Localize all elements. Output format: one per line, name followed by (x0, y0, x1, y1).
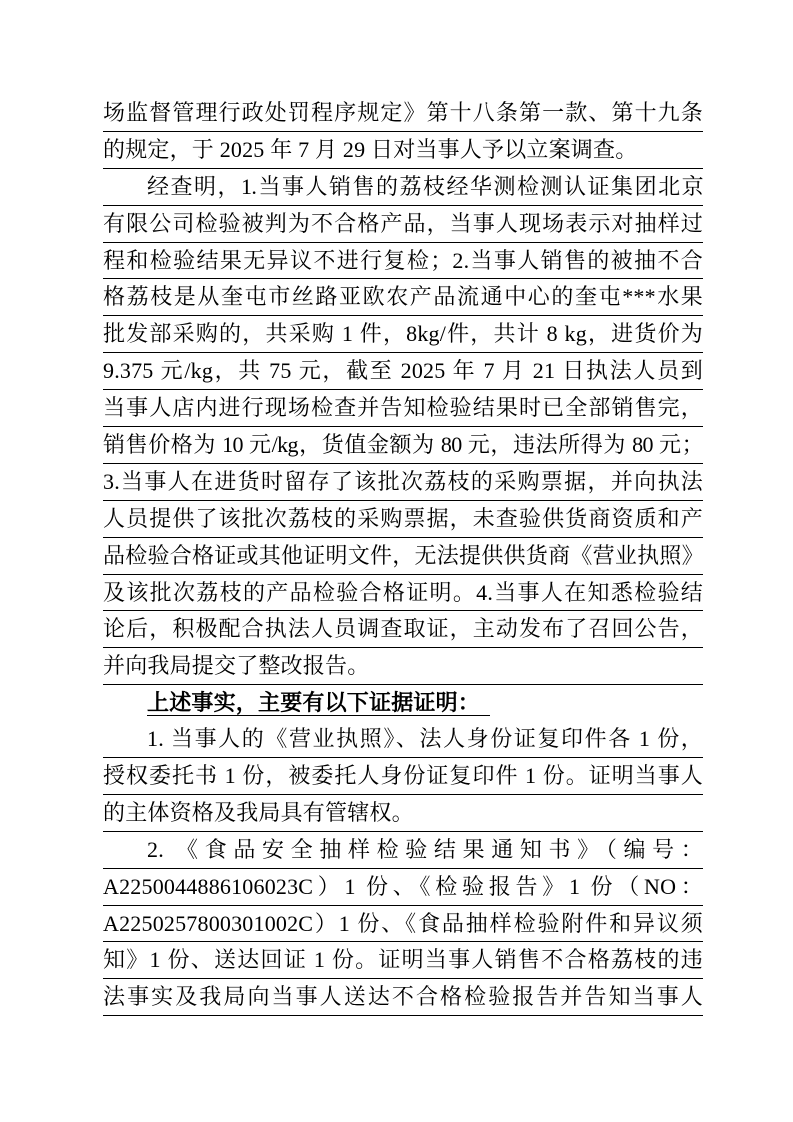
doc-line: 经查明，1.当事人销售的荔枝经华测检测认证集团北京 (103, 169, 703, 206)
doc-line: 当事人店内进行现场检查并告知检验结果时已全部销售完， (103, 390, 703, 427)
doc-heading: 上述事实，主要有以下证据证明： (103, 685, 703, 721)
doc-line: 场监督管理行政处罚程序规定》第十八条第一款、第十九条 (103, 95, 703, 132)
doc-line: A2250044886106023C）1 份、《检验报告》1 份（NO： (103, 869, 703, 906)
doc-line: 9.375 元/kg，共 75 元，截至 2025 年 7 月 21 日执法人员… (103, 353, 703, 390)
doc-line: 程和检验结果无异议不进行复检；2.当事人销售的被抽不合 (103, 243, 703, 280)
doc-line: 论后，积极配合执法人员调查取证，主动发布了召回公告， (103, 611, 703, 648)
doc-line: 1. 当事人的《营业执照》、法人身份证复印件各 1 份， (103, 721, 703, 758)
doc-line: 有限公司检验被判为不合格产品，当事人现场表示对抽样过 (103, 206, 703, 243)
doc-line: 3.当事人在进货时留存了该批次荔枝的采购票据，并向执法 (103, 464, 703, 501)
doc-line: 格荔枝是从奎屯市丝路亚欧农产品流通中心的奎屯***水果 (103, 279, 703, 316)
doc-line: 及该批次荔枝的产品检验合格证明。4.当事人在知悉检验结 (103, 575, 703, 612)
doc-line: A2250257800301002C）1 份、《食品抽样检验附件和异议须 (103, 906, 703, 943)
doc-line: 人员提供了该批次荔枝的采购票据，未查验供货商资质和产 (103, 501, 703, 538)
doc-line: 知》1 份、送达回证 1 份。证明当事人销售不合格荔枝的违 (103, 942, 703, 979)
document-body: 场监督管理行政处罚程序规定》第十八条第一款、第十九条 的规定，于 2025 年 … (103, 95, 703, 1016)
doc-line: 品检验合格证或其他证明文件，无法提供供货商《营业执照》 (103, 538, 703, 575)
doc-line: 的主体资格及我局具有管辖权。 (103, 795, 703, 832)
doc-line: 授权委托书 1 份，被委托人身份证复印件 1 份。证明当事人 (103, 758, 703, 795)
doc-heading-text: 上述事实，主要有以下证据证明： (147, 690, 490, 716)
doc-line: 法事实及我局向当事人送达不合格检验报告并告知当事人 (103, 979, 703, 1016)
doc-line: 的规定，于 2025 年 7 月 29 日对当事人予以立案调查。 (103, 132, 703, 169)
doc-line: 2. 《食品安全抽样检验结果通知书》（编号： (103, 832, 703, 869)
doc-line: 销售价格为 10 元/kg，货值金额为 80 元，违法所得为 80 元； (103, 427, 703, 464)
doc-line: 批发部采购的，共采购 1 件，8kg/件，共计 8 kg，进货价为 (103, 316, 703, 353)
doc-line: 并向我局提交了整改报告。 (103, 648, 703, 685)
document-page: 场监督管理行政处罚程序规定》第十八条第一款、第十九条 的规定，于 2025 年 … (0, 0, 793, 1122)
